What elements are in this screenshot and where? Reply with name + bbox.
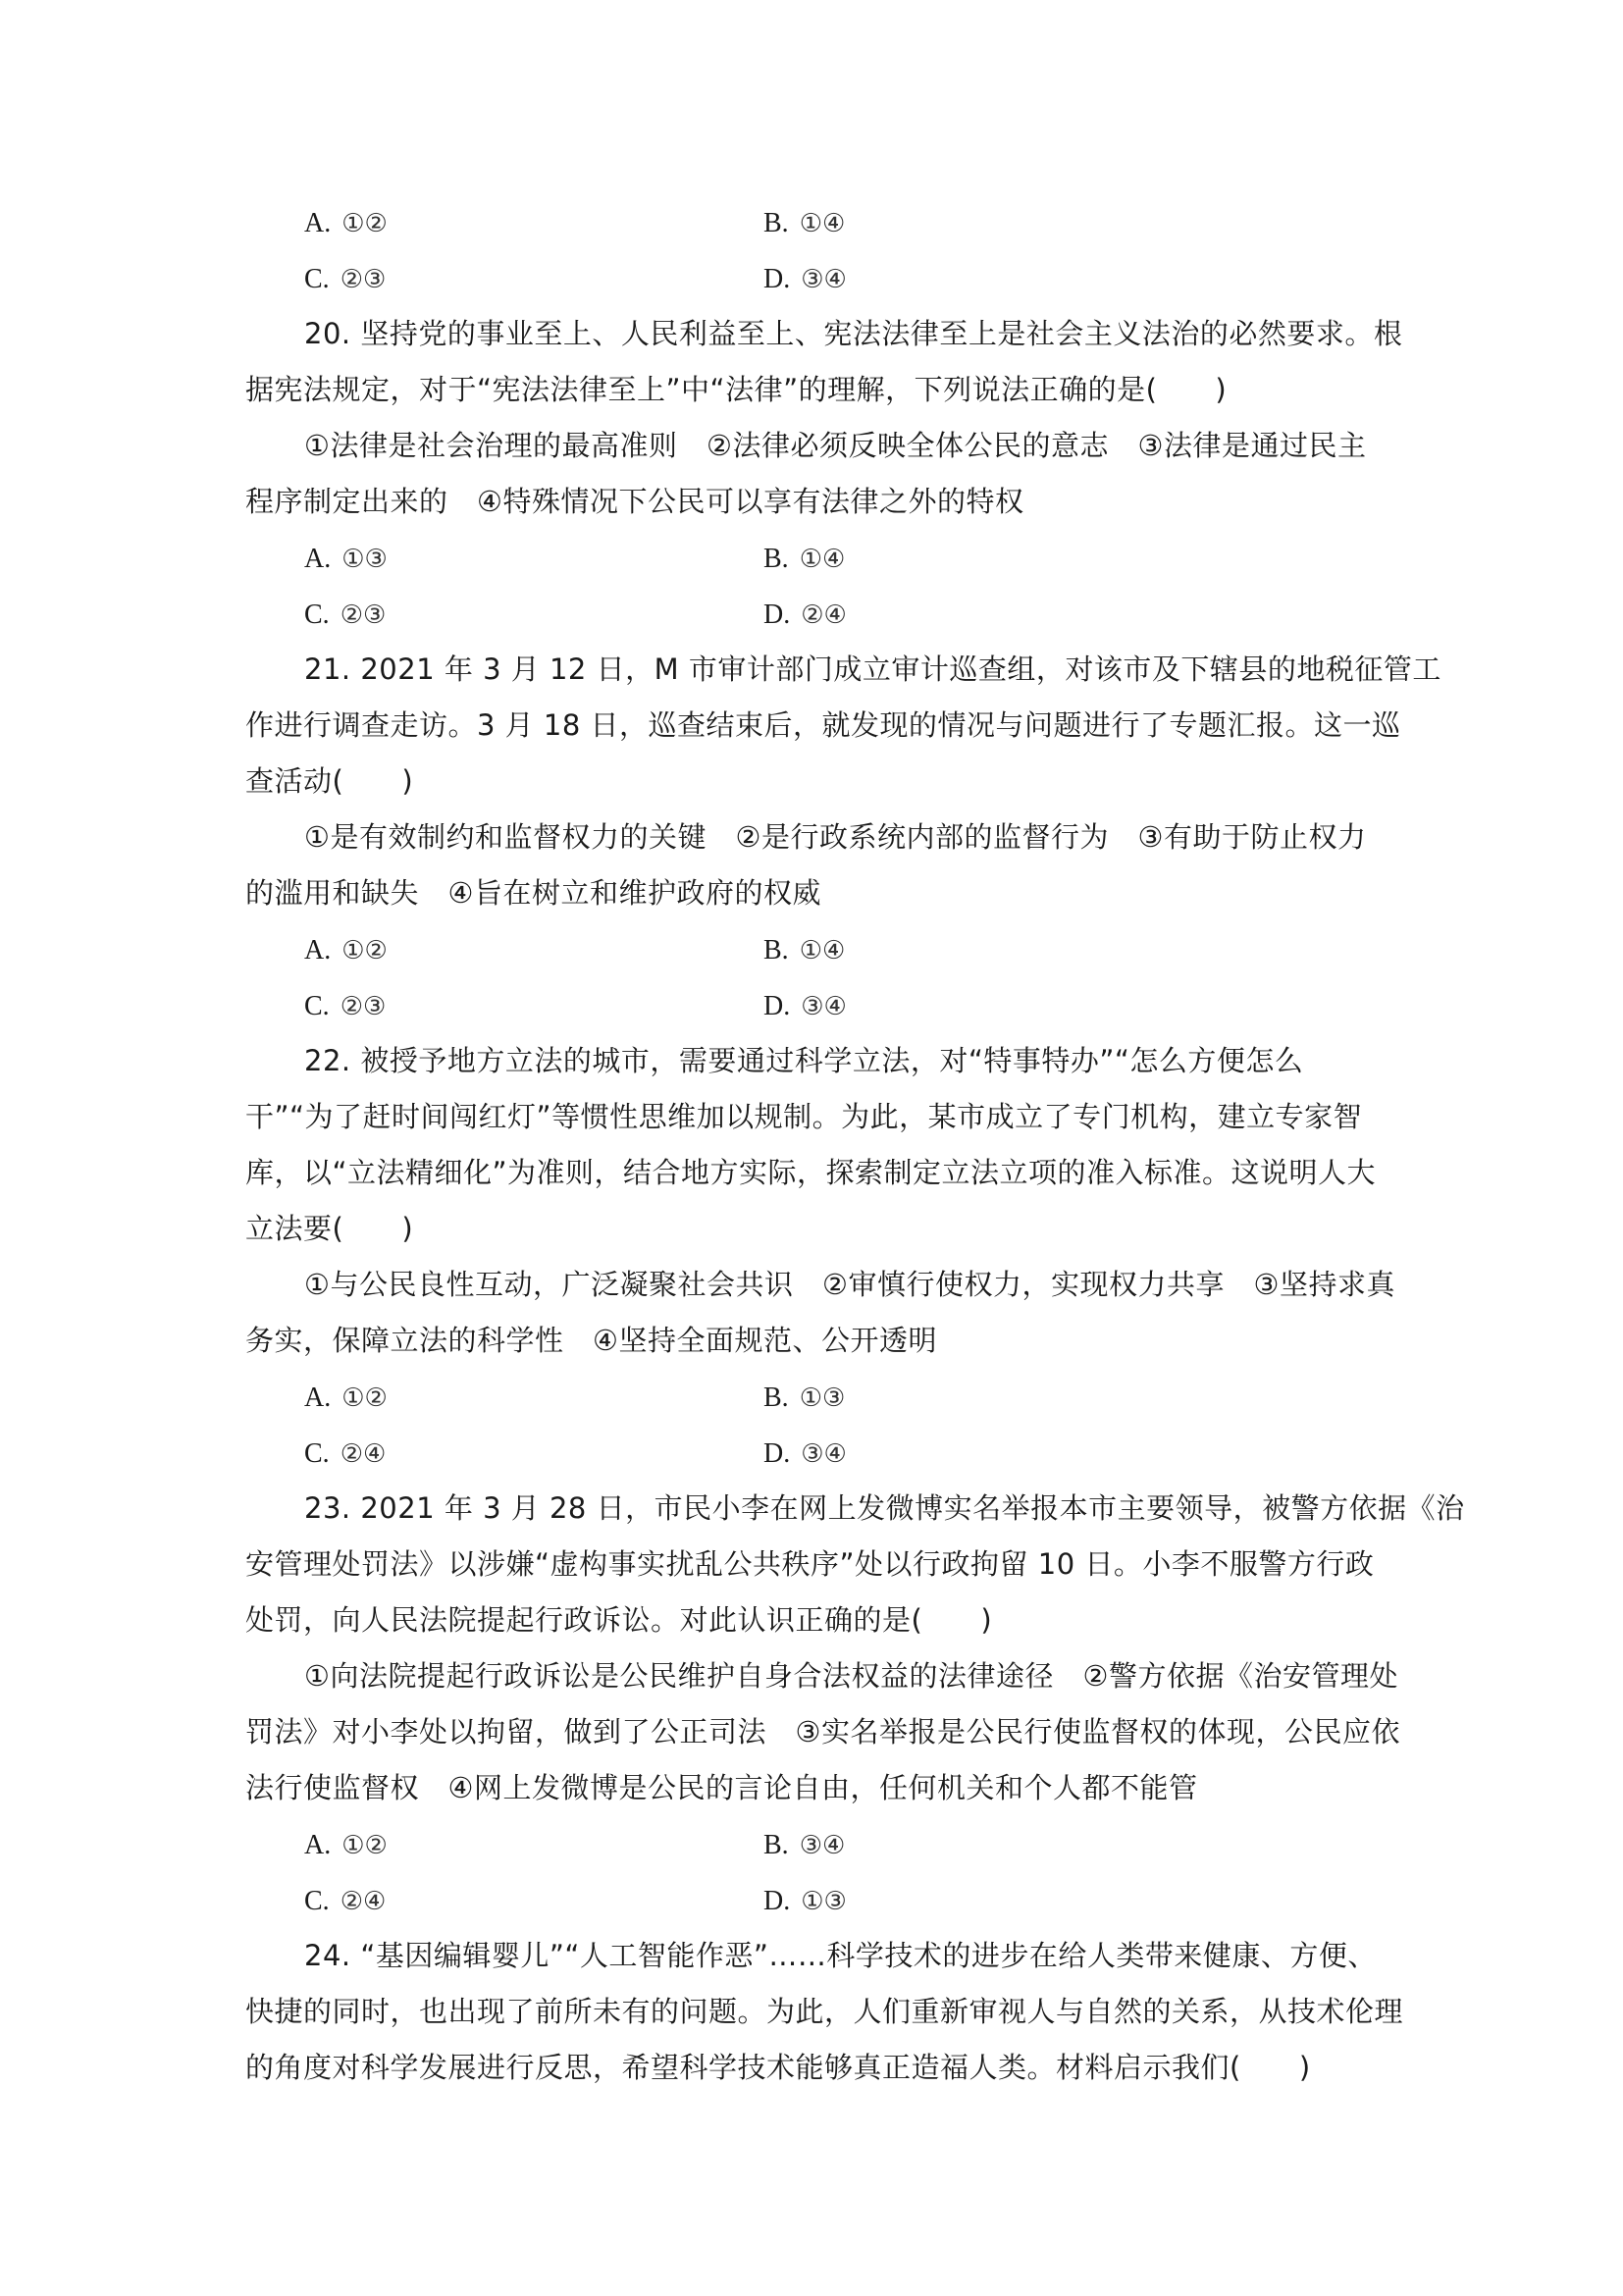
- question-22: 22. 被授予地方立法的城市，需要通过科学立法，对“特事特办”“怎么方便怎么 干…: [245, 1033, 1386, 1481]
- option-c[interactable]: C. ②③: [304, 586, 386, 644]
- exam-page: A. ①② B. ①④ C. ②③ D. ③④ 20. 坚持党的事业至上、人民利…: [245, 194, 1386, 2096]
- option-value: ②④: [340, 1887, 387, 1916]
- option-letter: D.: [763, 1438, 797, 1469]
- question-stem: 20. 坚持党的事业至上、人民利益至上、宪法法律至上是社会主义法治的必然要求。根: [245, 306, 1386, 362]
- question-statements: 程序制定出来的 ④特殊情况下公民可以享有法律之外的特权: [245, 474, 1386, 530]
- option-a[interactable]: A. ①③: [304, 530, 388, 588]
- question-statements: ①向法院提起行政诉讼是公民维护自身合法权益的法律途径 ②警方依据《治安管理处: [245, 1648, 1386, 1704]
- options-row: A. ①② B. ①④: [245, 194, 1386, 250]
- option-b[interactable]: B. ①④: [763, 921, 845, 979]
- question-stem: 安管理处罚法》以涉嫌“虚构事实扰乱公共秩序”处以行政拘留 10 日。小李不服警方…: [245, 1537, 1386, 1592]
- option-letter: B.: [763, 1383, 796, 1413]
- question-19-options: A. ①② B. ①④ C. ②③ D. ③④: [245, 194, 1386, 306]
- options-row: C. ②④ D. ①③: [245, 1872, 1386, 1928]
- question-statements: ①法律是社会治理的最高准则 ②法律必须反映全体公民的意志 ③法律是通过民主: [245, 418, 1386, 474]
- option-c[interactable]: C. ②③: [304, 250, 386, 308]
- question-statements: 法行使监督权 ④网上发微博是公民的言论自由，任何机关和个人都不能管: [245, 1760, 1386, 1816]
- question-statements: 罚法》对小李处以拘留，做到了公正司法 ③实名举报是公民行使监督权的体现，公民应依: [245, 1704, 1386, 1760]
- question-stem: 处罚，向人民法院提起行政诉讼。对此认识正确的是( ): [245, 1592, 1386, 1648]
- option-d[interactable]: D. ③④: [763, 1425, 847, 1483]
- options-row: C. ②③ D. ②④: [245, 586, 1386, 642]
- option-value: ①②: [341, 1831, 388, 1860]
- option-letter: C.: [304, 600, 337, 630]
- option-value: ①④: [800, 545, 846, 574]
- option-letter: D.: [763, 1886, 797, 1916]
- option-value: ①②: [341, 936, 388, 965]
- option-c[interactable]: C. ②③: [304, 977, 386, 1035]
- question-23: 23. 2021 年 3 月 28 日，市民小李在网上发微博实名举报本市主要领导…: [245, 1481, 1386, 1928]
- option-letter: C.: [304, 264, 337, 294]
- question-statements: ①是有效制约和监督权力的关键 ②是行政系统内部的监督行为 ③有助于防止权力: [245, 809, 1386, 865]
- option-letter: D.: [763, 600, 797, 630]
- option-value: ①③: [341, 545, 388, 574]
- question-stem: 作进行调查走访。3 月 18 日，巡查结束后，就发现的情况与问题进行了专题汇报。…: [245, 698, 1386, 754]
- question-20: 20. 坚持党的事业至上、人民利益至上、宪法法律至上是社会主义法治的必然要求。根…: [245, 306, 1386, 642]
- option-letter: B.: [763, 544, 796, 574]
- option-value: ①②: [341, 1383, 388, 1413]
- option-value: ③④: [801, 1439, 847, 1469]
- option-d[interactable]: D. ①③: [763, 1872, 847, 1930]
- option-letter: B.: [763, 1830, 796, 1860]
- option-value: ②③: [340, 600, 387, 630]
- option-d[interactable]: D. ②④: [763, 586, 847, 644]
- option-a[interactable]: A. ①②: [304, 921, 388, 979]
- question-statements: 务实，保障立法的科学性 ④坚持全面规范、公开透明: [245, 1313, 1386, 1369]
- option-d[interactable]: D. ③④: [763, 977, 847, 1035]
- question-stem: 的角度对科学发展进行反思，希望科学技术能够真正造福人类。材料启示我们( ): [245, 2040, 1386, 2096]
- options-row: A. ①② B. ①③: [245, 1369, 1386, 1425]
- options-row: A. ①③ B. ①④: [245, 530, 1386, 586]
- options-row: C. ②③ D. ③④: [245, 250, 1386, 306]
- question-stem: 24. “基因编辑婴儿”“人工智能作恶”……科学技术的进步在给人类带来健康、方便…: [245, 1928, 1386, 1984]
- option-b[interactable]: B. ③④: [763, 1816, 845, 1874]
- option-a[interactable]: A. ①②: [304, 194, 388, 252]
- option-value: ③④: [800, 1831, 846, 1860]
- question-stem: 23. 2021 年 3 月 28 日，市民小李在网上发微博实名举报本市主要领导…: [245, 1481, 1386, 1537]
- option-a[interactable]: A. ①②: [304, 1369, 388, 1427]
- option-letter: A.: [304, 935, 338, 965]
- option-letter: A.: [304, 208, 338, 238]
- option-letter: B.: [763, 208, 796, 238]
- option-a[interactable]: A. ①②: [304, 1816, 388, 1874]
- option-value: ②④: [340, 1439, 387, 1469]
- option-c[interactable]: C. ②④: [304, 1425, 386, 1483]
- question-stem: 库，以“立法精细化”为准则，结合地方实际，探索制定立法立项的准入标准。这说明人大: [245, 1145, 1386, 1201]
- option-value: ①④: [800, 936, 846, 965]
- options-row: A. ①② B. ①④: [245, 921, 1386, 977]
- question-stem: 据宪法规定，对于“宪法法律至上”中“法律”的理解，下列说法正确的是( ): [245, 362, 1386, 418]
- question-stem: 快捷的同时，也出现了前所未有的问题。为此，人们重新审视人与自然的关系，从技术伦理: [245, 1984, 1386, 2040]
- option-value: ①④: [800, 209, 846, 238]
- question-statements: ①与公民良性互动，广泛凝聚社会共识 ②审慎行使权力，实现权力共享 ③坚持求真: [245, 1257, 1386, 1313]
- option-letter: D.: [763, 991, 797, 1021]
- option-letter: C.: [304, 1438, 337, 1469]
- option-letter: A.: [304, 1383, 338, 1413]
- question-24: 24. “基因编辑婴儿”“人工智能作恶”……科学技术的进步在给人类带来健康、方便…: [245, 1928, 1386, 2096]
- options-row: A. ①② B. ③④: [245, 1816, 1386, 1872]
- option-value: ①②: [341, 209, 388, 238]
- option-letter: A.: [304, 1830, 338, 1860]
- question-stem: 干”“为了赶时间闯红灯”等惯性思维加以规制。为此，某市成立了专门机构，建立专家智: [245, 1089, 1386, 1145]
- option-d[interactable]: D. ③④: [763, 250, 847, 308]
- option-value: ②③: [340, 265, 387, 294]
- question-stem: 立法要( ): [245, 1201, 1386, 1257]
- option-b[interactable]: B. ①④: [763, 530, 845, 588]
- question-stem: 22. 被授予地方立法的城市，需要通过科学立法，对“特事特办”“怎么方便怎么: [245, 1033, 1386, 1089]
- option-letter: B.: [763, 935, 796, 965]
- question-stem: 21. 2021 年 3 月 12 日，M 市审计部门成立审计巡查组，对该市及下…: [245, 642, 1386, 698]
- option-letter: D.: [763, 264, 797, 294]
- options-row: C. ②④ D. ③④: [245, 1425, 1386, 1481]
- option-letter: C.: [304, 1886, 337, 1916]
- option-letter: A.: [304, 544, 338, 574]
- option-value: ①③: [800, 1383, 846, 1413]
- question-stem: 查活动( ): [245, 754, 1386, 809]
- option-value: ②③: [340, 992, 387, 1021]
- option-value: ①③: [801, 1887, 847, 1916]
- option-b[interactable]: B. ①③: [763, 1369, 845, 1427]
- question-21: 21. 2021 年 3 月 12 日，M 市审计部门成立审计巡查组，对该市及下…: [245, 642, 1386, 1033]
- option-value: ③④: [801, 992, 847, 1021]
- option-b[interactable]: B. ①④: [763, 194, 845, 252]
- option-c[interactable]: C. ②④: [304, 1872, 386, 1930]
- option-letter: C.: [304, 991, 337, 1021]
- option-value: ②④: [801, 600, 847, 630]
- question-statements: 的滥用和缺失 ④旨在树立和维护政府的权威: [245, 865, 1386, 921]
- option-value: ③④: [801, 265, 847, 294]
- options-row: C. ②③ D. ③④: [245, 977, 1386, 1033]
